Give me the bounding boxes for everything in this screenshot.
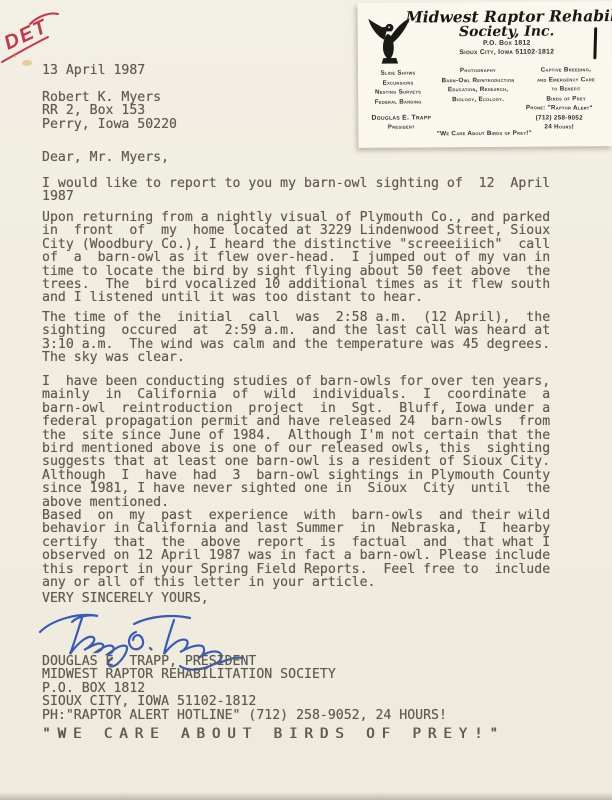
business-card: Midwest Raptor Rehabilitation Society, I…: [357, 1, 612, 148]
signature-stroke: [134, 616, 190, 624]
signature-stroke: [40, 615, 98, 632]
signature-stroke: [150, 648, 152, 650]
card-org-name-line2: Society, Inc.: [406, 24, 608, 40]
body-paragraph-5: Based on my past experience with barn-ow…: [42, 509, 550, 589]
signature-stroke: [129, 632, 143, 649]
body-paragraph-2: Upon returning from a nightly visual of …: [42, 211, 550, 305]
card-slogan: "We Care About Birds of Prey!": [406, 129, 562, 137]
card-services-center: Photography Barn-Owl Reintroduction Educ…: [434, 66, 522, 105]
card-city-line: Sioux City, Iowa 51102-1812: [406, 48, 608, 58]
scanned-letter-page: DET 13 April 1987 Robert K. Myers RR 2, …: [0, 0, 612, 800]
salutation: Dear, Mr. Myers,: [42, 151, 169, 164]
signature-block: DOUGLAS E. TRAPP, PRESIDENT MIDWEST RAPT…: [42, 655, 447, 722]
card-org-name-line1: Midwest Raptor Rehabilitation: [406, 7, 608, 25]
eagle-eye: [388, 26, 390, 28]
body-paragraph-4: I have been conducting studies of barn-o…: [42, 375, 550, 509]
letter-slogan: "WE CARE ABOUT BIRDS OF PREY!": [42, 726, 505, 742]
body-paragraph-3: The time of the initial call was 2:58 a.…: [42, 311, 550, 365]
card-officer-block: Douglas E. Trapp President: [364, 114, 438, 131]
ink-speck: [13, 54, 16, 57]
card-services-left: Slide Shows Excursions Nesting Surveys F…: [362, 68, 434, 107]
letter-date: 13 April 1987: [42, 64, 145, 77]
card-services-right: Captive Breeding, and Emergency Care to …: [526, 65, 606, 104]
scan-bottom-shadow: [0, 792, 612, 800]
ink-smudge: [22, 60, 32, 66]
card-phone-block: Phone: "Raptor Alert" (712) 258-9052 24 …: [516, 103, 602, 132]
body-paragraph-1: I would like to report to you my barn-ow…: [42, 177, 550, 204]
recipient-address: Robert K. Myers RR 2, Box 153 Perry, Iow…: [42, 91, 177, 131]
card-officer-name: Douglas E. Trapp: [364, 114, 438, 123]
card-header: Midwest Raptor Rehabilitation Society, I…: [406, 7, 608, 58]
